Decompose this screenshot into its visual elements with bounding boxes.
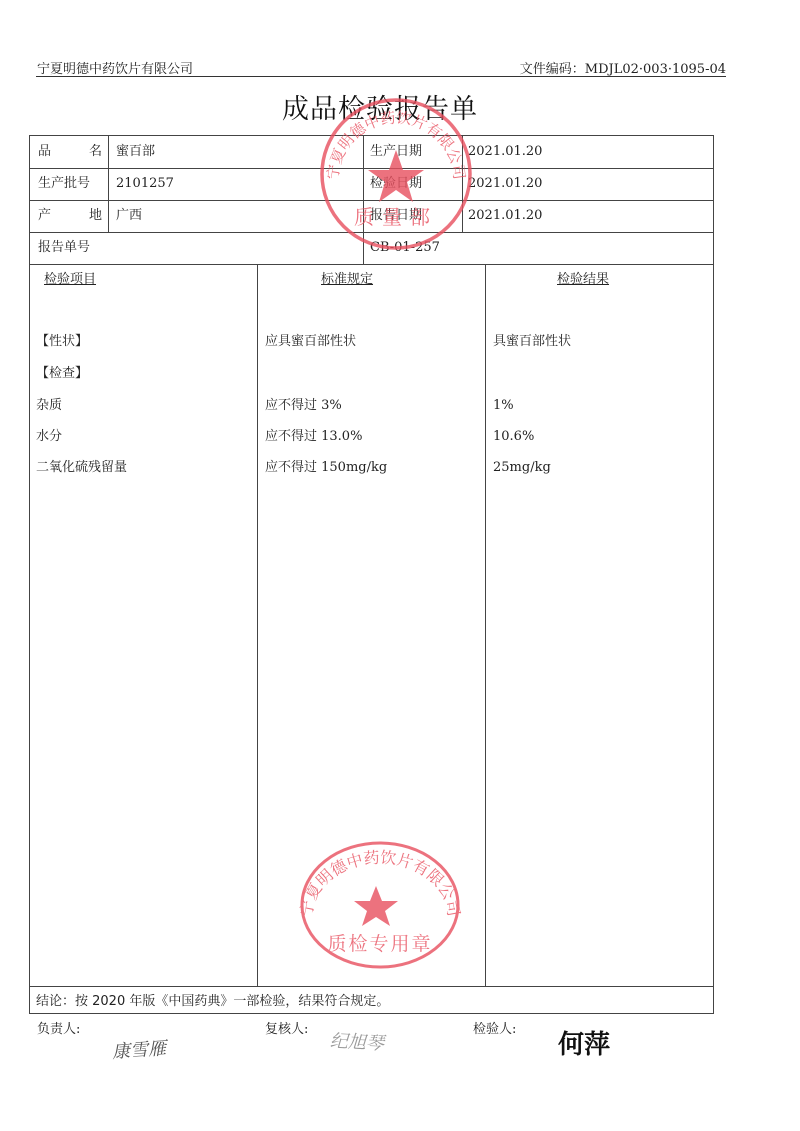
result-standard: 应不得过 150mg/kg <box>265 460 387 476</box>
conclusion: 结论：按 2020 年版《中国药典》一部检验，结果符合规定。 <box>36 994 389 1010</box>
inspection-date: 2021.01.20 <box>468 176 542 192</box>
row-divider <box>30 986 713 987</box>
product-name: 蜜百部 <box>116 144 155 160</box>
col-divider <box>363 136 364 264</box>
report-number-label: 报告单号 <box>38 240 90 256</box>
inspection-date-label: 检验日期 <box>370 176 422 192</box>
page-title: 成品检验报告单 <box>0 87 760 126</box>
origin: 广西 <box>116 208 142 224</box>
result-item: 水分 <box>36 429 62 445</box>
label-char: 名 <box>89 144 102 160</box>
result-standard: 应不得过 3% <box>265 398 342 414</box>
reviewer-label: 复核人: <box>265 1018 308 1037</box>
result-standard: 应具蜜百部性状 <box>265 334 356 350</box>
col-divider <box>108 136 109 232</box>
document-code: 文件编码：MDJL02·003·1095-04 <box>520 58 726 77</box>
result-item: 二氧化硫残留量 <box>36 460 127 476</box>
header-divider <box>36 76 726 77</box>
col-divider <box>462 136 463 232</box>
report-date-label: 报告日期 <box>370 208 422 224</box>
batch-number: 2101257 <box>116 176 174 192</box>
header-standard: 标准规定 <box>321 272 373 288</box>
product-name-label: 品 名 <box>38 144 102 160</box>
row-divider <box>30 232 713 233</box>
row-divider <box>30 200 713 201</box>
header-result: 检验结果 <box>557 272 609 288</box>
batch-label: 生产批号 <box>38 176 90 192</box>
result-value: 25mg/kg <box>493 460 551 476</box>
result-item: 【性状】 <box>36 334 88 350</box>
result-item: 【检查】 <box>36 366 88 382</box>
company-name: 宁夏明德中药饮片有限公司 <box>37 58 193 77</box>
label-char: 产 <box>38 208 51 224</box>
result-value: 具蜜百部性状 <box>493 334 571 350</box>
result-value: 10.6% <box>493 429 534 445</box>
label-char: 品 <box>38 144 51 160</box>
report-table: 品 名 蜜百部 生产日期 2021.01.20 生产批号 2101257 检验日… <box>29 135 714 1014</box>
report-date: 2021.01.20 <box>468 208 542 224</box>
production-date: 2021.01.20 <box>468 144 542 160</box>
origin-label: 产 地 <box>38 208 102 224</box>
inspector-signature: 何萍 <box>558 1024 610 1061</box>
header-item: 检验项目 <box>44 272 96 288</box>
responsible-signature: 康雪雁 <box>111 1034 167 1064</box>
responsible-label: 负责人: <box>37 1018 80 1037</box>
col-divider <box>485 264 486 986</box>
label-char: 地 <box>89 208 102 224</box>
production-date-label: 生产日期 <box>370 144 422 160</box>
result-value: 1% <box>493 398 514 414</box>
row-divider <box>30 264 713 265</box>
inspector-label: 检验人: <box>473 1018 516 1037</box>
result-standard: 应不得过 13.0% <box>265 429 362 445</box>
result-item: 杂质 <box>36 398 62 414</box>
reviewer-signature: 纪旭琴 <box>329 1027 384 1056</box>
row-divider <box>30 168 713 169</box>
report-number: CB-01-257 <box>370 240 440 256</box>
col-divider <box>257 264 258 986</box>
